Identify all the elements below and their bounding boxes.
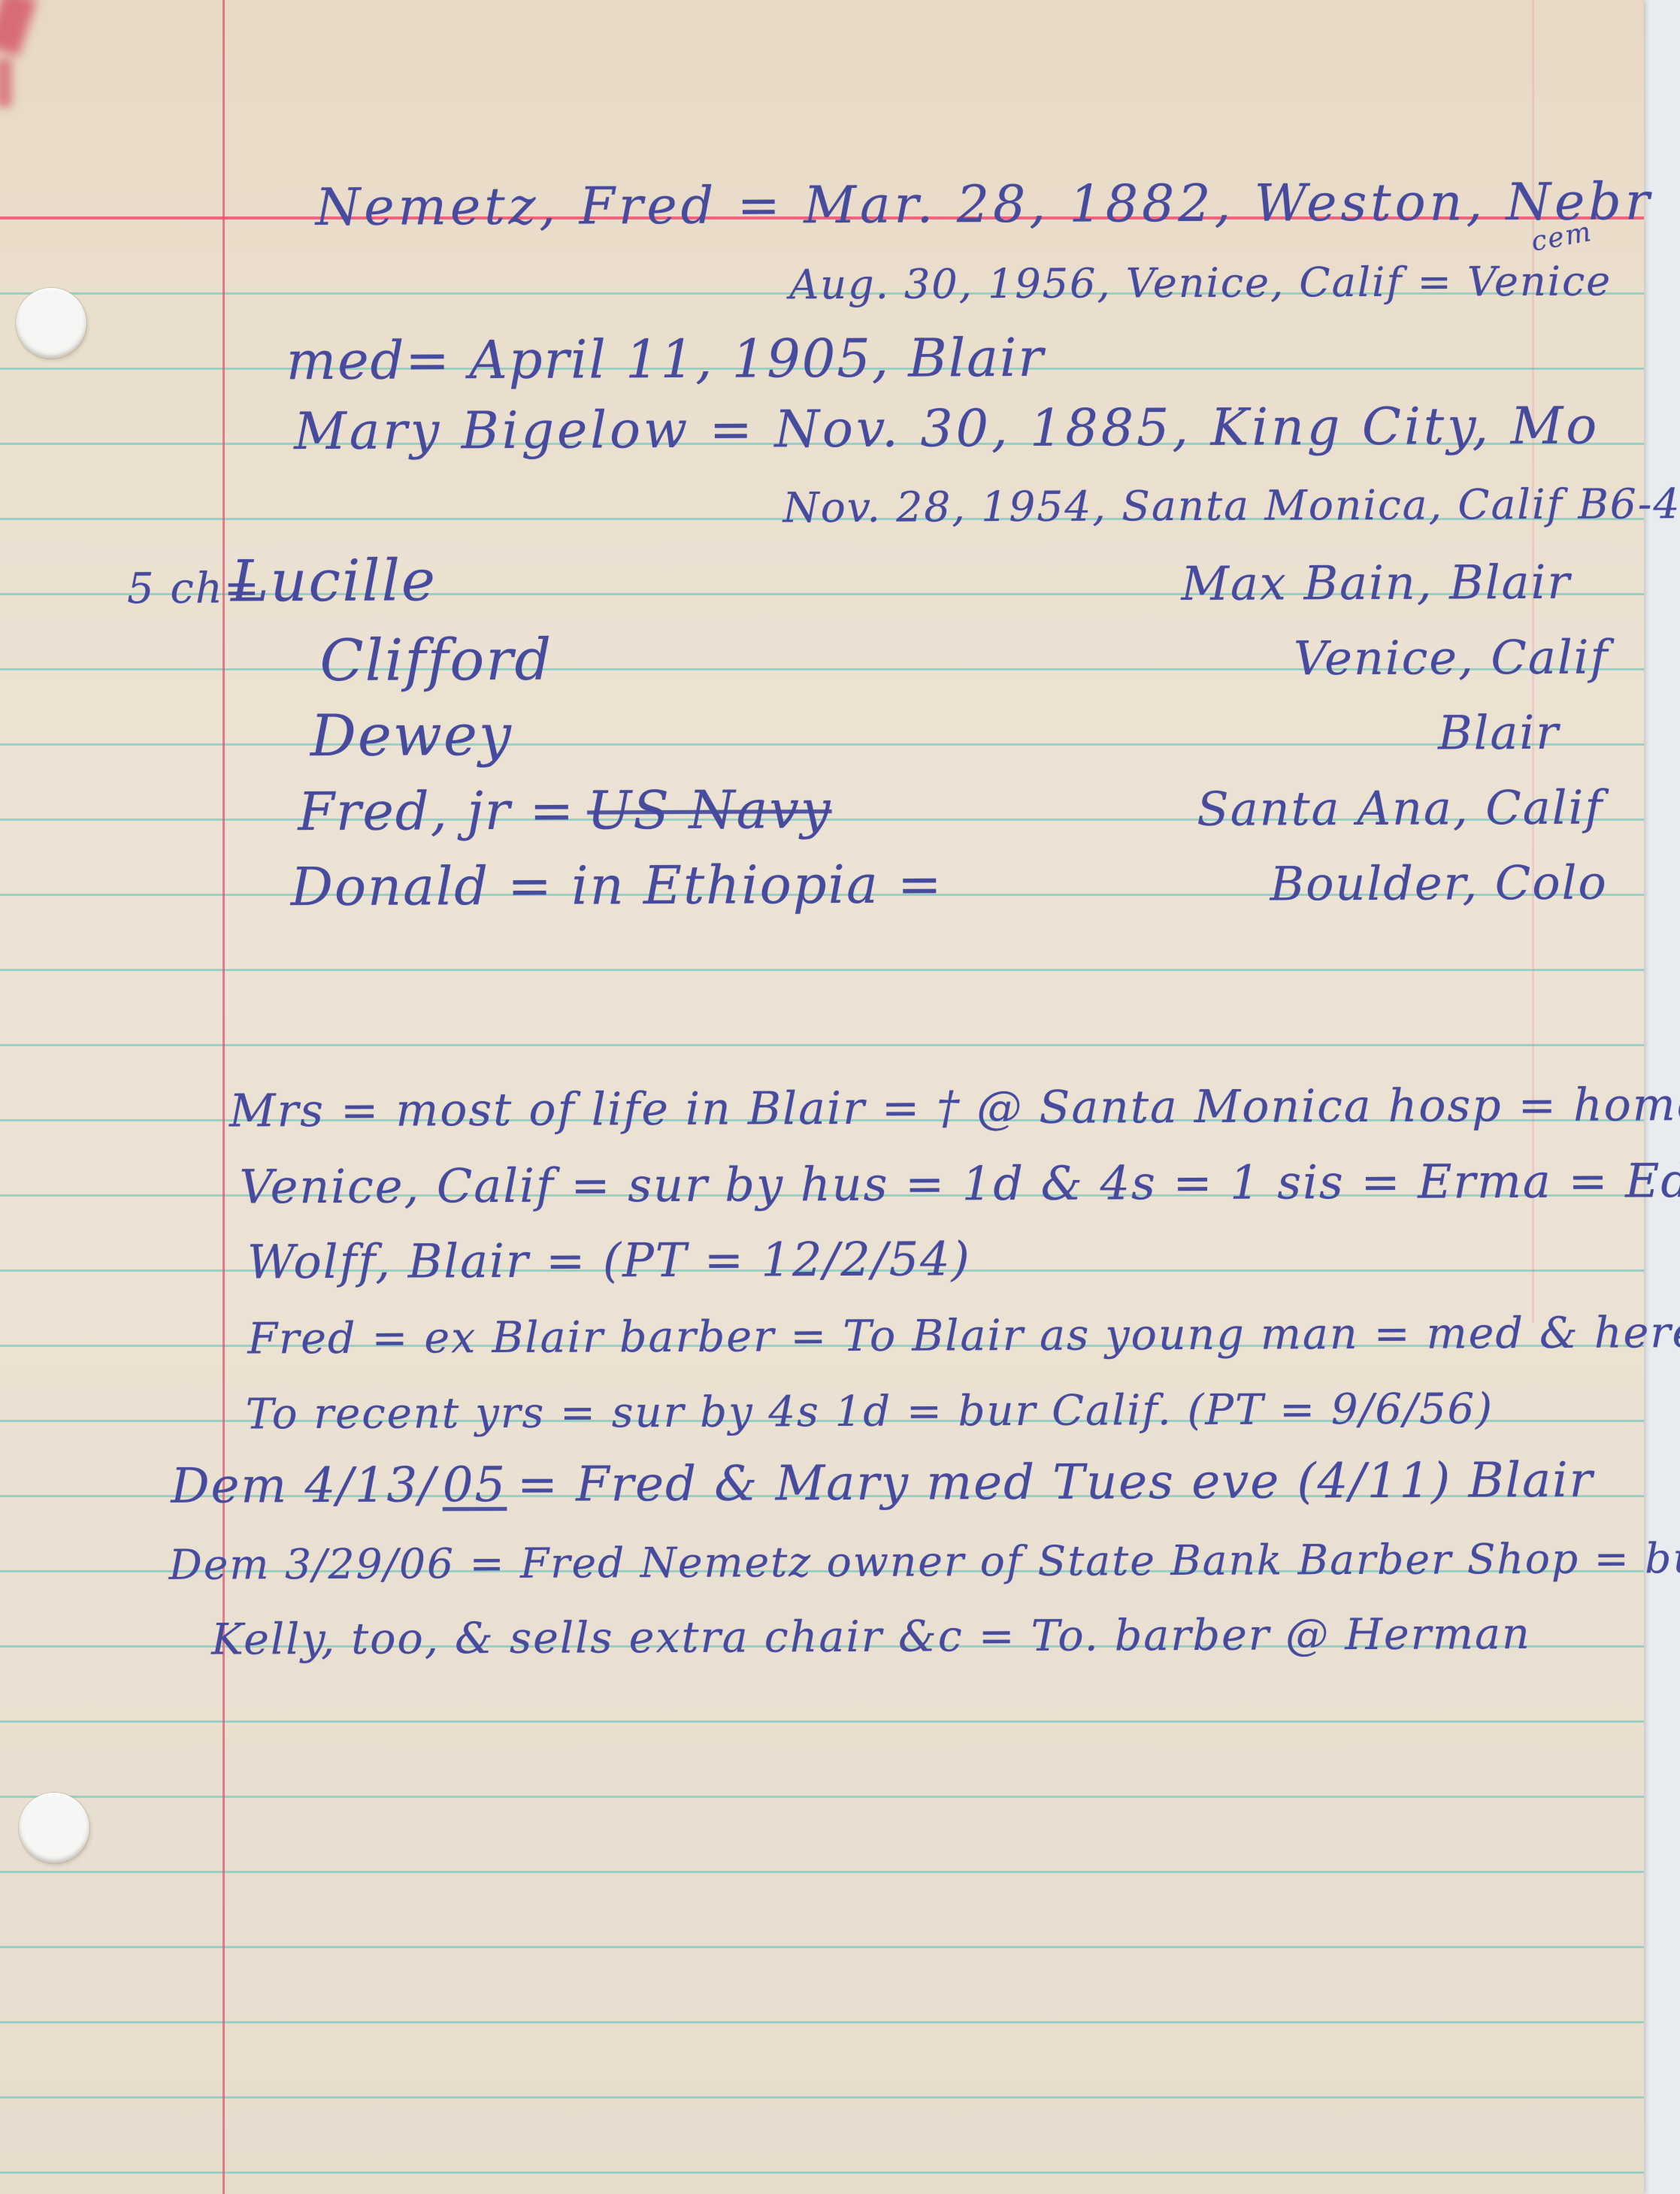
handwriting-layer: Nemetz, Fred = Mar. 28, 1882, Weston, Ne… (0, 0, 1680, 2194)
child-name-fred-jr-text: Fred, jr = (298, 780, 575, 843)
child-residence-donald: Boulder, Colo (1270, 860, 1607, 908)
his-obit-line-2: To recent yrs = sur by 4s 1d = bur Calif… (246, 1388, 1494, 1436)
child-residence-fred-jr: Santa Ana, Calif (1197, 785, 1603, 833)
dem-note-1-underlined-year: 05 (443, 1457, 507, 1513)
death-date-line: Aug. 30, 1956, Venice, Calif = Venice (789, 262, 1612, 306)
her-obit-line-3: Wolff, Blair = (PT = 12/2/54) (247, 1236, 971, 1285)
child-residence-clifford: Venice, Calif (1294, 634, 1609, 682)
child-residence-dewey: Blair (1438, 710, 1560, 757)
child-name-clifford: Clifford (319, 631, 552, 689)
scanned-notebook-page: Nemetz, Fred = Mar. 28, 1882, Weston, Ne… (0, 0, 1680, 2194)
her-obit-line-1: Mrs = most of life in Blair = † @ Santa … (229, 1082, 1680, 1134)
his-obit-line-1: Fred = ex Blair barber = To Blair as you… (247, 1312, 1680, 1360)
dem-note-1-suffix: = Fred & Mary med Tues eve (4/11) Blair (517, 1453, 1594, 1513)
child-name-donald: Donald = in Ethiopia = (291, 858, 943, 913)
dem-note-1-prefix: Dem 4/13/ (171, 1457, 437, 1515)
strikethrough-us-navy: US Navy (587, 779, 832, 841)
spouse-name-line: Mary Bigelow = Nov. 30, 1885, King City,… (294, 401, 1600, 458)
entry-name-line: Nemetz, Fred = Mar. 28, 1882, Weston, Ne… (316, 177, 1654, 234)
child-name-dewey: Dewey (310, 707, 513, 764)
child-name-lucille: Lucille (231, 552, 437, 610)
dem-note-1: Dem 4/13/05= Fred & Mary med Tues eve (4… (171, 1457, 1594, 1511)
dem-note-2: Dem 3/29/06 = Fred Nemetz owner of State… (169, 1537, 1680, 1586)
dem-note-2-continuation: Kelly, too, & sells extra chair &c = To.… (211, 1613, 1531, 1662)
marriage-line: med= April 11, 1905, Blair (286, 331, 1045, 387)
child-name-fred-jr: Fred, jr =US Navy (298, 783, 831, 838)
her-obit-line-2: Venice, Calif = sur by hus = 1d & 4s = 1… (239, 1158, 1680, 1210)
child-residence-lucille: Max Bain, Blair (1181, 559, 1571, 607)
spouse-death-line: Nov. 28, 1954, Santa Monica, Calif B6-4 (782, 483, 1680, 528)
